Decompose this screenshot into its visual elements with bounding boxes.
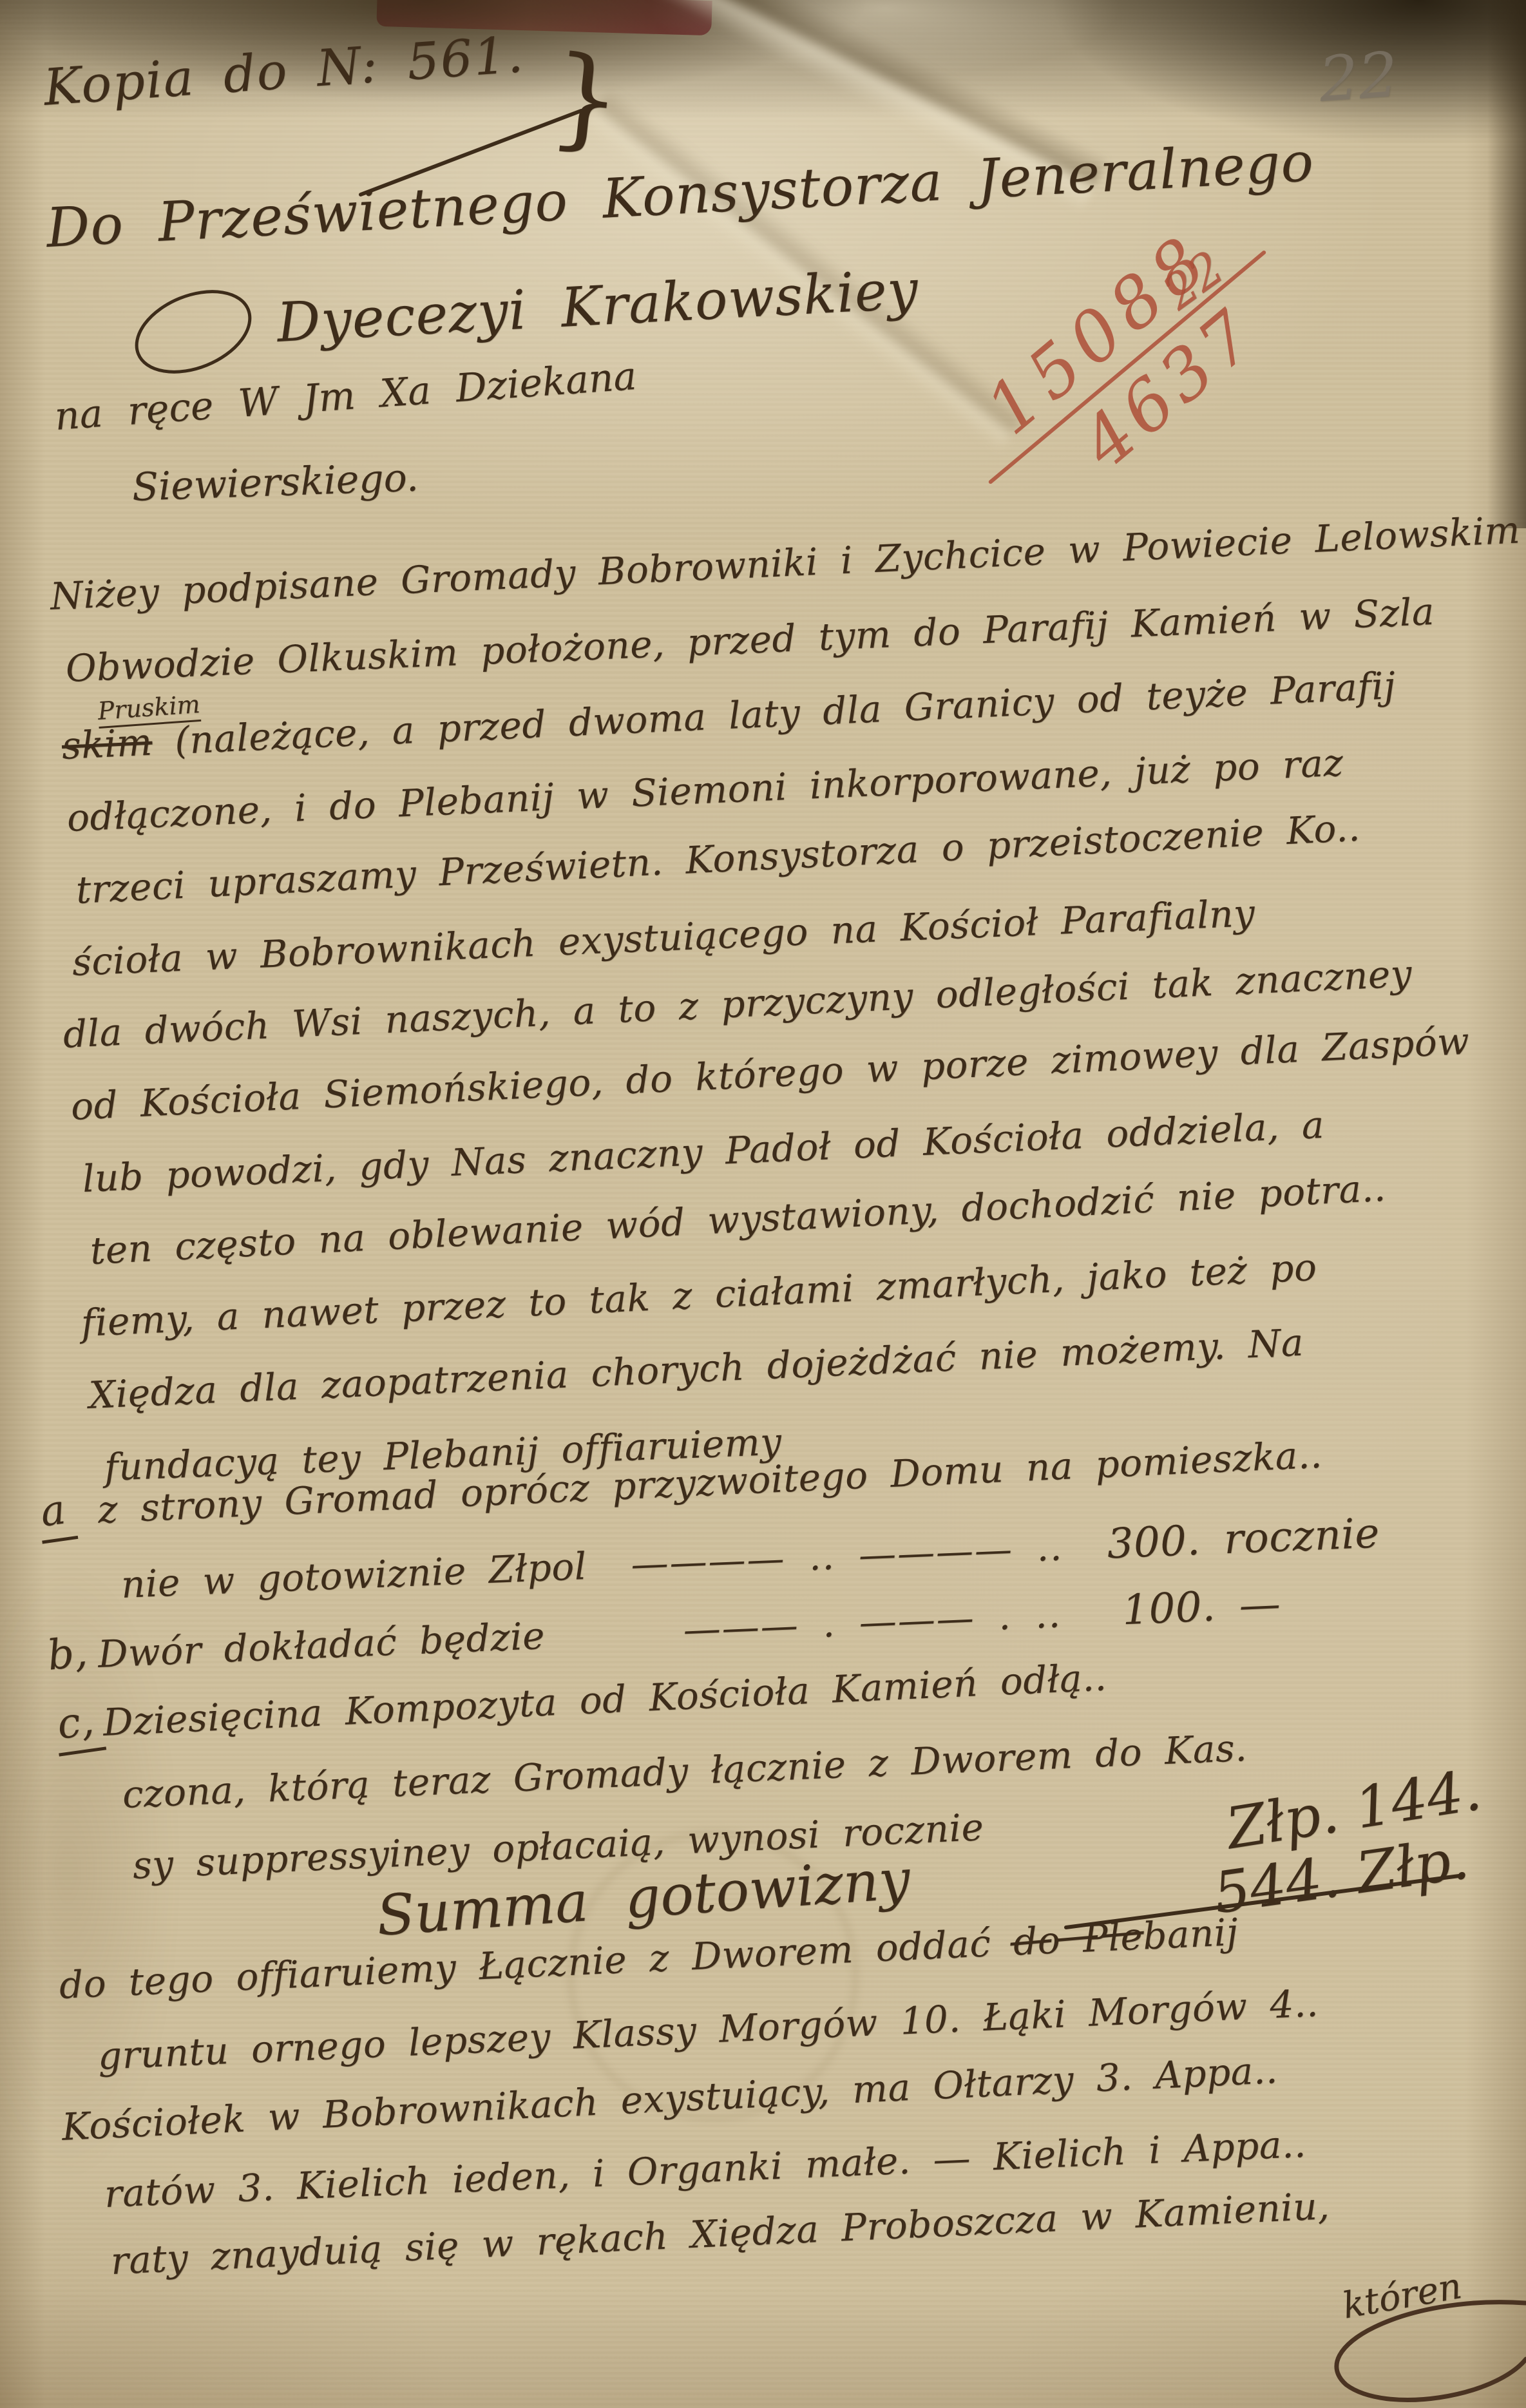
- address-line-2: Dyecezyi Krakowskiey: [275, 258, 920, 354]
- item-a-marker: a: [35, 1485, 78, 1544]
- pink-cloth-edge: [376, 0, 712, 35]
- item-c-marker: c,: [52, 1696, 106, 1756]
- attention-line-2: Siewierskiego.: [131, 455, 419, 510]
- item-b-marker: b,: [45, 1629, 90, 1680]
- folio-number-pencil: 22: [1317, 39, 1400, 116]
- item-a-text: nie w gotowiznie Złpol: [120, 1544, 587, 1607]
- item-a-dash-leader: ———— .. ———— ..: [630, 1525, 1063, 1586]
- right-edge-shadow: [1487, 0, 1526, 528]
- item-b-amount: 100. —: [1121, 1580, 1282, 1634]
- struck-word: skim: [61, 720, 153, 768]
- docket-note: Kopia do N: 561.: [42, 26, 526, 117]
- heading-ornament-loop: [125, 276, 262, 388]
- item-a-amount: 300. rocznie: [1106, 1510, 1380, 1569]
- attention-line-1: na ręce W Jm Xa Dziekana: [53, 354, 638, 439]
- manuscript-page: 22 Kopia do N: 561. } 15088 4637 22 Do P…: [0, 0, 1526, 2408]
- docket-brace: }: [545, 32, 627, 166]
- item-c-line-2: czona, którą teraz Gromady łącznie z Dwo…: [122, 1726, 1248, 1817]
- registry-stamp: 15088 4637: [915, 171, 1339, 564]
- item-b-dash-leader: ——— . ——— . ..: [682, 1592, 1062, 1652]
- item-b-text: Dwór dokładać będzie: [97, 1614, 546, 1676]
- address-line-1: Do Prześwietnego Konsystorza Jeneralnego: [44, 130, 1315, 260]
- catchword: któren: [1339, 2265, 1465, 2327]
